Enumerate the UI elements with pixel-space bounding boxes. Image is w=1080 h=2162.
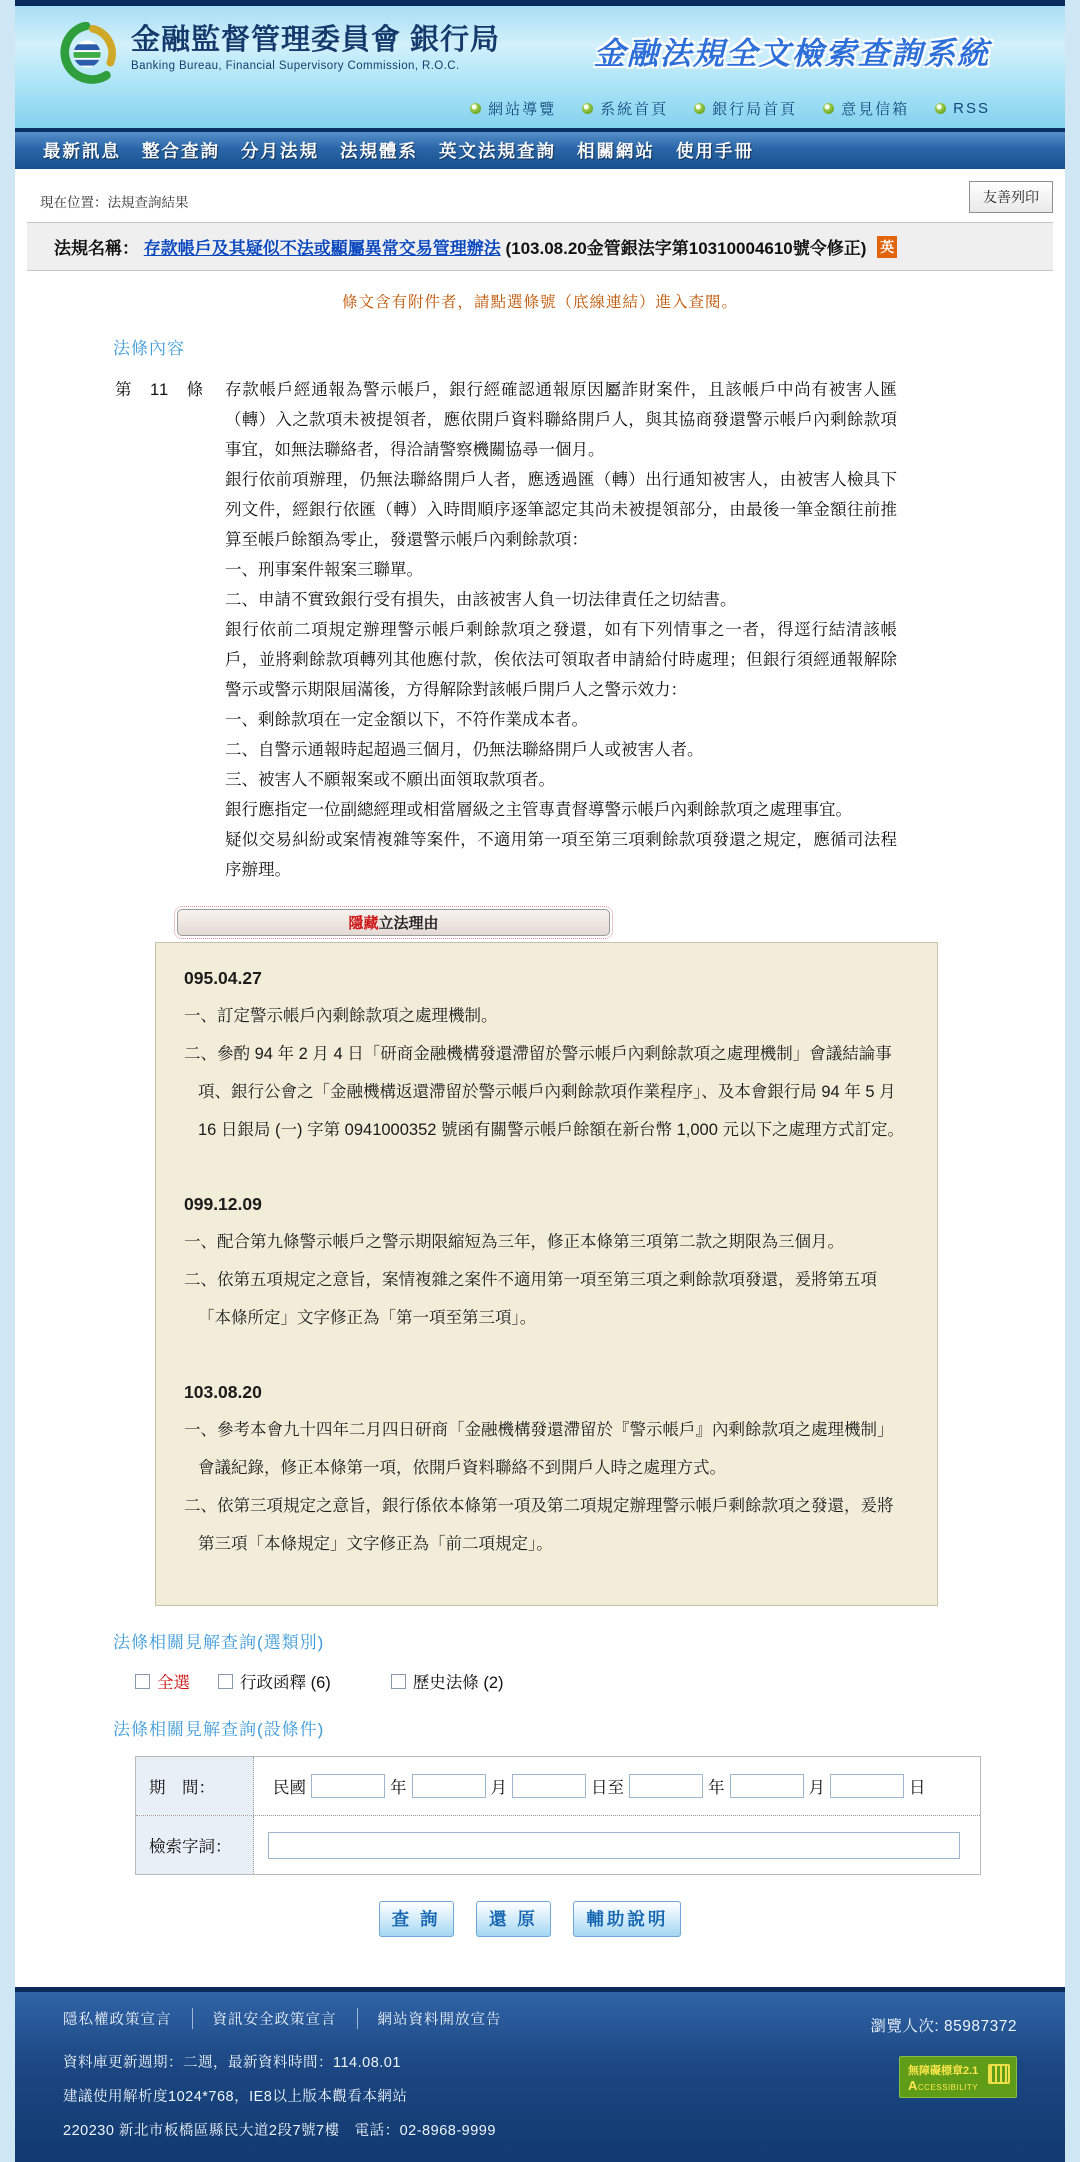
article-paragraph: 二、申請不實致銀行受有損失，由該被害人負一切法律責任之切結書。 (225, 585, 897, 615)
reason-date: 095.04.27 (184, 959, 905, 997)
checkbox-icon[interactable] (218, 1674, 233, 1689)
month-unit: 月 (491, 1774, 508, 1798)
bullet-icon (935, 103, 946, 114)
nav-item-law-system[interactable]: 法規體系 (340, 138, 418, 163)
reason-item: 一、訂定警示帳戶內剩餘款項之處理機制。 (184, 997, 905, 1035)
privacy-policy-link[interactable]: 隱私權政策宣言 (63, 2008, 193, 2029)
hide-legislative-reason-button[interactable]: 隱藏立法理由 (177, 909, 610, 936)
law-name-bar: 法規名稱： 存款帳戶及其疑似不法或顯屬異常交易管理辦法 (103.08.20金管… (27, 222, 1053, 271)
reason-date: 103.08.20 (184, 1373, 905, 1411)
year-unit: 年 (708, 1774, 725, 1798)
start-day-input[interactable] (512, 1774, 586, 1798)
law-name-label: 法規名稱： (54, 239, 139, 258)
article-paragraph: 銀行依前項辦理，仍無法聯絡開戶人者，應透過匯（轉）出行通知被害人，由被害人檢具下… (225, 465, 897, 555)
law-amendment: (103.08.20金管銀法字第10310004610號令修正) (505, 239, 866, 258)
reason-section: 099.12.09 一、配合第九條警示帳戶之警示期限縮短為三年，修正本條第三項第… (184, 1185, 905, 1337)
bullet-icon (823, 103, 834, 114)
select-all-label: 全選 (157, 1669, 190, 1693)
org-subtitle: Banking Bureau, Financial Supervisory Co… (131, 60, 500, 72)
period-row: 期 間： 民國 年 月 日至 年 月 日 (136, 1757, 980, 1815)
checkbox-icon[interactable] (135, 1674, 150, 1689)
nav-item-integrated-search[interactable]: 整合查詢 (142, 138, 220, 163)
friendly-print-button[interactable]: 友善列印 (969, 181, 1053, 213)
historical-articles-label: 歷史法條 (2) (413, 1669, 504, 1693)
category-checkbox-row: 全選 行政函釋 (6) 歷史法條 (2) (135, 1669, 1053, 1693)
nav-item-monthly-laws[interactable]: 分月法規 (241, 138, 319, 163)
article-paragraph: 存款帳戶經通報為警示帳戶，銀行經確認通報原因屬詐財案件，且該帳戶中尚有被害人匯（… (225, 375, 897, 465)
quick-link-sitemap[interactable]: 網站導覽 (470, 98, 556, 119)
day-unit: 日 (909, 1774, 926, 1798)
security-policy-link[interactable]: 資訊安全政策宣言 (193, 2008, 358, 2029)
bullet-icon (582, 103, 593, 114)
article-section-title: 法條內容 (113, 334, 1053, 359)
bullet-icon (694, 103, 705, 114)
start-year-input[interactable] (311, 1774, 385, 1798)
main-nav: 最新訊息 整合查詢 分月法規 法規體系 英文法規查詢 相關網站 使用手冊 (15, 128, 1065, 169)
quick-link-label: 銀行局首頁 (712, 98, 797, 119)
keyword-input-cell (254, 1816, 980, 1874)
related-category-title: 法條相關見解查詢(選類別) (113, 1628, 1053, 1653)
page: 金融監督管理委員會 銀行局 Banking Bureau, Financial … (15, 0, 1065, 2162)
reason-item: 一、配合第九條警示帳戶之警示期限縮短為三年，修正本條第三項第二款之期限為三個月。 (184, 1223, 905, 1261)
reason-section: 095.04.27 一、訂定警示帳戶內剩餘款項之處理機制。 二、參酌 94 年 … (184, 959, 905, 1149)
reason-item: 二、依第三項規定之意旨，銀行係依本條第一項及第二項規定辦理警示帳戶剩餘款項之發還… (184, 1487, 905, 1563)
keyword-label: 檢索字詞： (136, 1816, 254, 1874)
month-unit: 月 (809, 1774, 826, 1798)
period-inputs: 民國 年 月 日至 年 月 日 (254, 1757, 980, 1815)
help-button[interactable]: 輔助說明 (573, 1901, 681, 1937)
quick-link-label: 意見信箱 (841, 98, 909, 119)
reason-section: 103.08.20 一、參考本會九十四年二月四日研商「金融機構發還滯留於『警示帳… (184, 1373, 905, 1563)
era-label: 民國 (273, 1774, 306, 1798)
nav-item-related-sites[interactable]: 相關網站 (577, 138, 655, 163)
toggle-hide-label: 隱藏 (348, 912, 378, 933)
article-paragraph: 一、剩餘款項在一定金額以下，不符作業成本者。 (225, 705, 897, 735)
attachment-notice: 條文含有附件者，請點選條號（底線連結）進入查閱。 (27, 290, 1053, 312)
quick-link-label: RSS (953, 100, 990, 117)
site-header: 金融監督管理委員會 銀行局 Banking Bureau, Financial … (15, 6, 1065, 128)
search-button[interactable]: 查 詢 (379, 1901, 454, 1937)
quick-link-label: 網站導覽 (488, 98, 556, 119)
article-paragraph: 疑似交易糾紛或案情複雜等案件，不適用第一項至第三項剩餘款項發還之規定，應循司法程… (225, 825, 897, 885)
accessibility-badge[interactable]: 無障礙標章2.1 ACCESSIBILITY (899, 2056, 1017, 2098)
checkbox-administrative-interpretations[interactable]: 行政函釋 (6) (218, 1669, 391, 1693)
nav-item-manual[interactable]: 使用手冊 (676, 138, 754, 163)
action-buttons: 查 詢 還 原 輔助說明 (7, 1901, 1053, 1937)
checkbox-icon[interactable] (391, 1674, 406, 1689)
database-update-info: 資料庫更新週期：二週，最新資料時間：114.08.01 (63, 2051, 1017, 2072)
start-month-input[interactable] (412, 1774, 486, 1798)
end-year-input[interactable] (629, 1774, 703, 1798)
checkbox-historical-articles[interactable]: 歷史法條 (2) (391, 1669, 504, 1693)
end-month-input[interactable] (730, 1774, 804, 1798)
english-version-badge[interactable]: 英 (877, 236, 897, 258)
article-paragraph: 一、刑事案件報案三聯單。 (225, 555, 897, 585)
reason-item: 二、依第五項規定之意旨，案情複雜之案件不適用第一項至第三項之剩餘款項發還，爰將第… (184, 1261, 905, 1337)
nav-item-news[interactable]: 最新訊息 (43, 138, 121, 163)
open-data-link[interactable]: 網站資料開放宣告 (358, 2008, 522, 2029)
period-label: 期 間： (136, 1757, 254, 1815)
reason-date: 099.12.09 (184, 1185, 905, 1223)
quick-link-home[interactable]: 系統首頁 (582, 98, 668, 119)
article-number[interactable]: 第 11 條 (115, 375, 225, 885)
address-info: 220230 新北市板橋區縣民大道2段7號7樓 電話：02-8968-9999 (63, 2119, 1017, 2140)
law-name-link[interactable]: 存款帳戶及其疑似不法或顯屬異常交易管理辦法 (144, 239, 501, 258)
legislative-reason-panel: 095.04.27 一、訂定警示帳戶內剩餘款項之處理機制。 二、參酌 94 年 … (155, 942, 938, 1606)
checkbox-select-all[interactable]: 全選 (135, 1669, 218, 1693)
keyword-input[interactable] (268, 1832, 960, 1859)
article-paragraph: 三、被害人不願報案或不願出面領取款項者。 (225, 765, 897, 795)
breadcrumb-row: 現在位置：法規查詢結果 友善列印 (27, 181, 1053, 213)
accessibility-grid-icon (988, 2064, 1010, 2084)
nav-item-english-laws[interactable]: 英文法規查詢 (439, 138, 556, 163)
article-block: 第 11 條 存款帳戶經通報為警示帳戶，銀行經確認通報原因屬詐財案件，且該帳戶中… (115, 375, 1053, 885)
quick-links: 網站導覽 系統首頁 銀行局首頁 意見信箱 RSS (444, 98, 990, 119)
bullet-icon (470, 103, 481, 114)
fsc-logo-icon (57, 22, 119, 84)
related-condition-title: 法條相關見解查詢(設條件) (113, 1715, 1053, 1740)
reason-item: 二、參酌 94 年 2 月 4 日「研商金融機構發還滯留於警示帳戶內剩餘款項之處… (184, 1035, 905, 1149)
org-title-block: 金融監督管理委員會 銀行局 Banking Bureau, Financial … (131, 22, 500, 72)
end-day-input[interactable] (830, 1774, 904, 1798)
quick-link-mailbox[interactable]: 意見信箱 (823, 98, 909, 119)
keyword-row: 檢索字詞： (136, 1815, 980, 1874)
org-title: 金融監督管理委員會 銀行局 (131, 22, 500, 58)
logo-block[interactable]: 金融監督管理委員會 銀行局 Banking Bureau, Financial … (57, 22, 500, 84)
resolution-info: 建議使用解析度1024*768，IE8以上版本觀看本網站 (63, 2085, 1017, 2106)
breadcrumb: 現在位置：法規查詢結果 (40, 181, 189, 211)
year-unit: 年 (390, 1774, 407, 1798)
toggle-rest-label: 立法理由 (379, 912, 439, 933)
day-to-unit: 日至 (591, 1774, 624, 1798)
site-footer: 隱私權政策宣言 資訊安全政策宣言 網站資料開放宣告 瀏覽人次: 85987372… (15, 1987, 1065, 2162)
visit-counter: 瀏覽人次: 85987372 (870, 2014, 1017, 2036)
reset-button[interactable]: 還 原 (476, 1901, 551, 1937)
reason-item: 一、參考本會九十四年二月四日研商「金融機構發還滯留於『警示帳戶』內剩餘款項之處理… (184, 1411, 905, 1487)
legislative-reason-toggle-wrap: 隱藏立法理由 (177, 909, 1053, 936)
article-paragraph: 銀行依前二項規定辦理警示帳戶剩餘款項之發還，如有下列情事之一者，得逕行結清該帳戶… (225, 615, 897, 705)
article-text: 存款帳戶經通報為警示帳戶，銀行經確認通報原因屬詐財案件，且該帳戶中尚有被害人匯（… (225, 375, 897, 885)
article-paragraph: 銀行應指定一位副總經理或相當層級之主管專責督導警示帳戶內剩餘款項之處理事宜。 (225, 795, 897, 825)
system-title: 金融法規全文檢索查詢系統 (594, 28, 990, 73)
condition-table: 期 間： 民國 年 月 日至 年 月 日 檢索字 (135, 1756, 981, 1875)
quick-link-label: 系統首頁 (600, 98, 668, 119)
quick-link-bureau-home[interactable]: 銀行局首頁 (694, 98, 797, 119)
main-content: 現在位置：法規查詢結果 友善列印 法規名稱： 存款帳戶及其疑似不法或顯屬異常交易… (15, 169, 1065, 1987)
quick-link-rss[interactable]: RSS (935, 100, 990, 117)
article-paragraph: 二、自警示通報時起超過三個月，仍無法聯絡開戶人或被害人者。 (225, 735, 897, 765)
administrative-interpretations-label: 行政函釋 (6) (240, 1669, 331, 1693)
